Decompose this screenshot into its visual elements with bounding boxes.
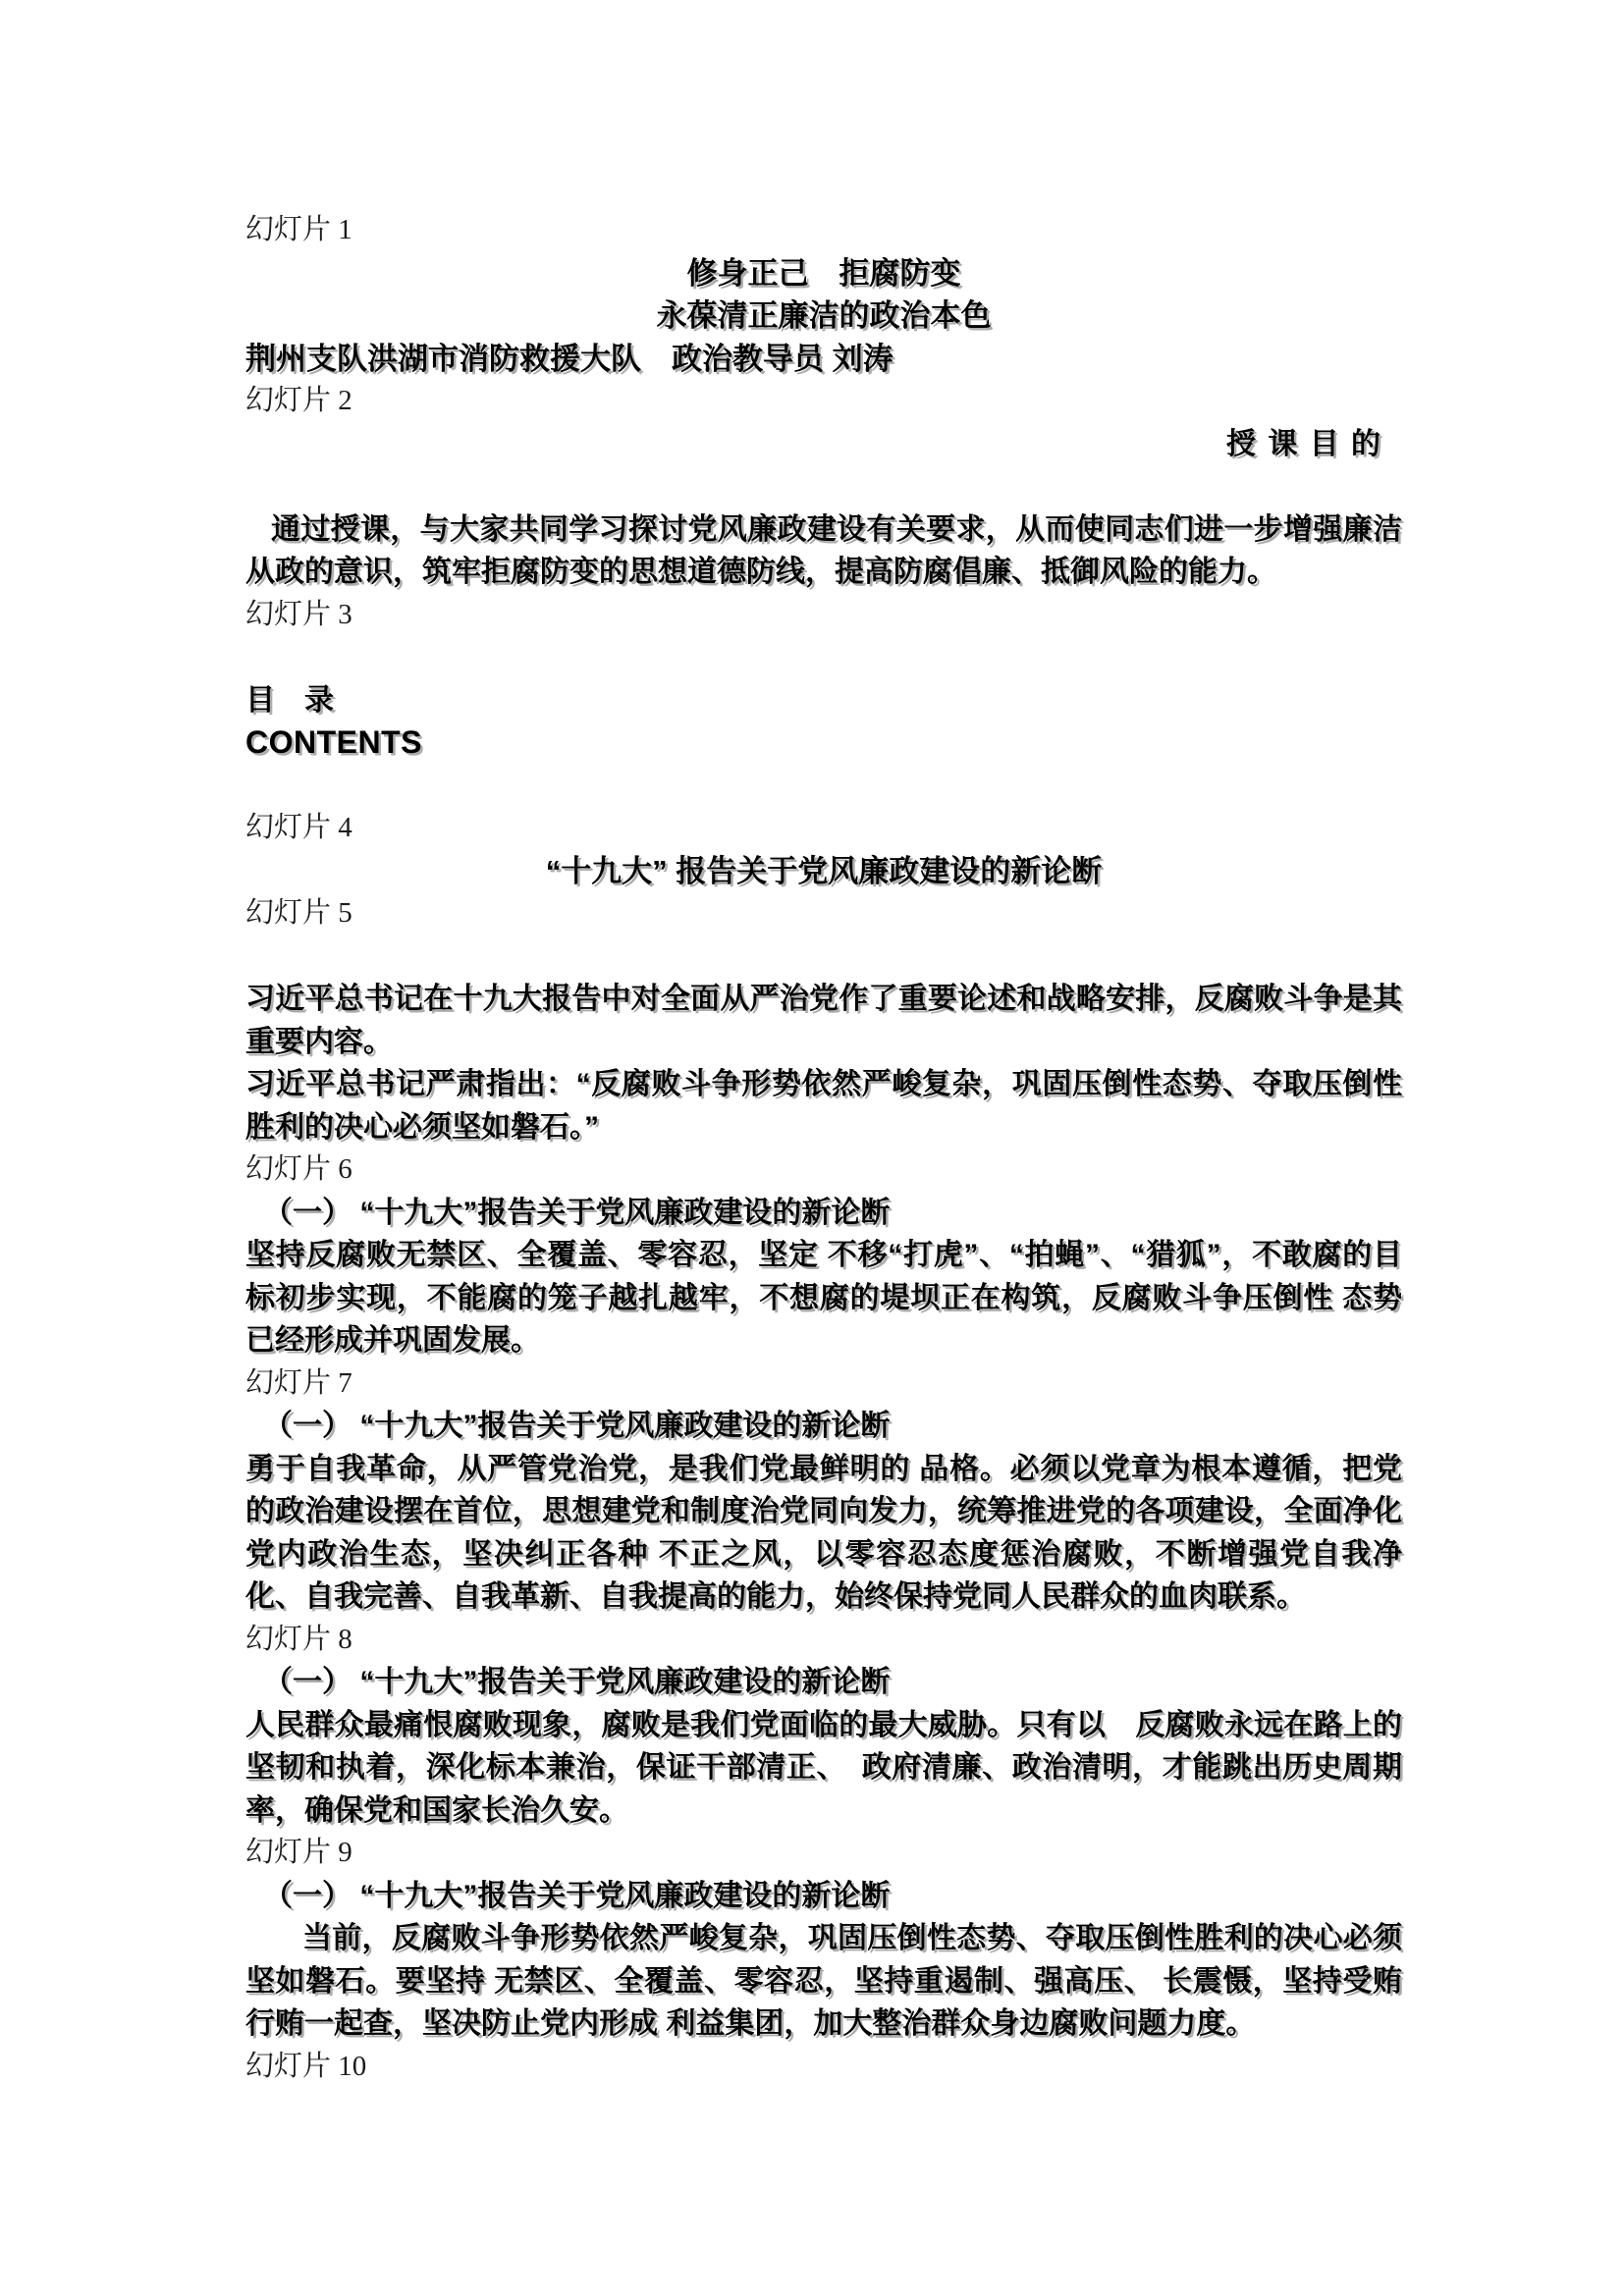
slide-6-label: 幻灯片 6 <box>245 1148 1402 1192</box>
slide-2-label: 幻灯片 2 <box>245 380 1402 423</box>
slide-6-heading: （一） “十九大”报告关于党风廉政建设的新论断 <box>245 1192 1402 1235</box>
course-title-line-2: 永葆清正廉洁的政治本色 <box>245 294 1402 338</box>
document-page: 幻灯片 1 修身正己 拒腐防变 永葆清正廉洁的政治本色 荆州支队洪湖市消防救援大… <box>0 0 1624 2296</box>
course-title-line-1: 修身正己 拒腐防变 <box>245 252 1402 295</box>
slide-8-heading: （一） “十九大”报告关于党风廉政建设的新论断 <box>245 1661 1402 1704</box>
slide-7-heading: （一） “十九大”报告关于党风廉政建设的新论断 <box>245 1405 1402 1448</box>
slide-7-label: 幻灯片 7 <box>245 1362 1402 1406</box>
slide-6-body: 坚持反腐败无禁区、全覆盖、零容忍，坚定 不移“打虎”、“拍蝇”、“猎狐”，不敢腐… <box>245 1234 1402 1362</box>
presenter-line: 荆州支队洪湖市消防救援大队 政治教导员 刘涛 <box>245 338 1402 381</box>
slide-5-label: 幻灯片 5 <box>245 892 1402 935</box>
slide-8-label: 幻灯片 8 <box>245 1619 1402 1662</box>
slide-10-label: 幻灯片 10 <box>245 2046 1402 2089</box>
lecture-purpose-body: 通过授课，与大家共同学习探讨党风廉政建设有关要求，从而使同志们进一步增强廉洁从政… <box>245 508 1402 594</box>
lecture-purpose-heading: 授 课 目 的 <box>245 423 1402 466</box>
section-1-title: “十九大” 报告关于党风廉政建设的新论断 <box>245 850 1402 893</box>
slide-5-paragraph-2: 习近平总书记严肃指出：“反腐败斗争形势依然严峻复杂，巩固压倒性态势、夺取压倒性胜… <box>245 1063 1402 1148</box>
slide-3-label: 幻灯片 3 <box>245 594 1402 637</box>
slide-5-paragraph-1: 习近平总书记在十九大报告中对全面从严治党作了重要论述和战略安排，反腐败斗争是其重… <box>245 978 1402 1063</box>
slide-7-body: 勇于自我革命，从严管党治党，是我们党最鲜明的 品格。必须以党章为根本遵循，把党的… <box>245 1448 1402 1619</box>
slide-9-body: 当前，反腐败斗争形势依然严峻复杂，巩固压倒性态势、夺取压倒性胜利的决心必须坚如磐… <box>245 1917 1402 2046</box>
slide-9-label: 幻灯片 9 <box>245 1832 1402 1875</box>
slide-4-label: 幻灯片 4 <box>245 807 1402 850</box>
slide-1-label: 幻灯片 1 <box>245 209 1402 252</box>
toc-title-cn: 目 录 <box>245 679 1402 722</box>
slide-8-body: 人民群众最痛恨腐败现象，腐败是我们党面临的最大威胁。只有以 反腐败永远在路上的坚… <box>245 1704 1402 1833</box>
document-body: 幻灯片 1 修身正己 拒腐防变 永葆清正廉洁的政治本色 荆州支队洪湖市消防救援大… <box>245 209 1402 2088</box>
toc-title-en: CONTENTS <box>245 721 1402 765</box>
slide-9-heading: （一） “十九大”报告关于党风廉政建设的新论断 <box>245 1875 1402 1918</box>
